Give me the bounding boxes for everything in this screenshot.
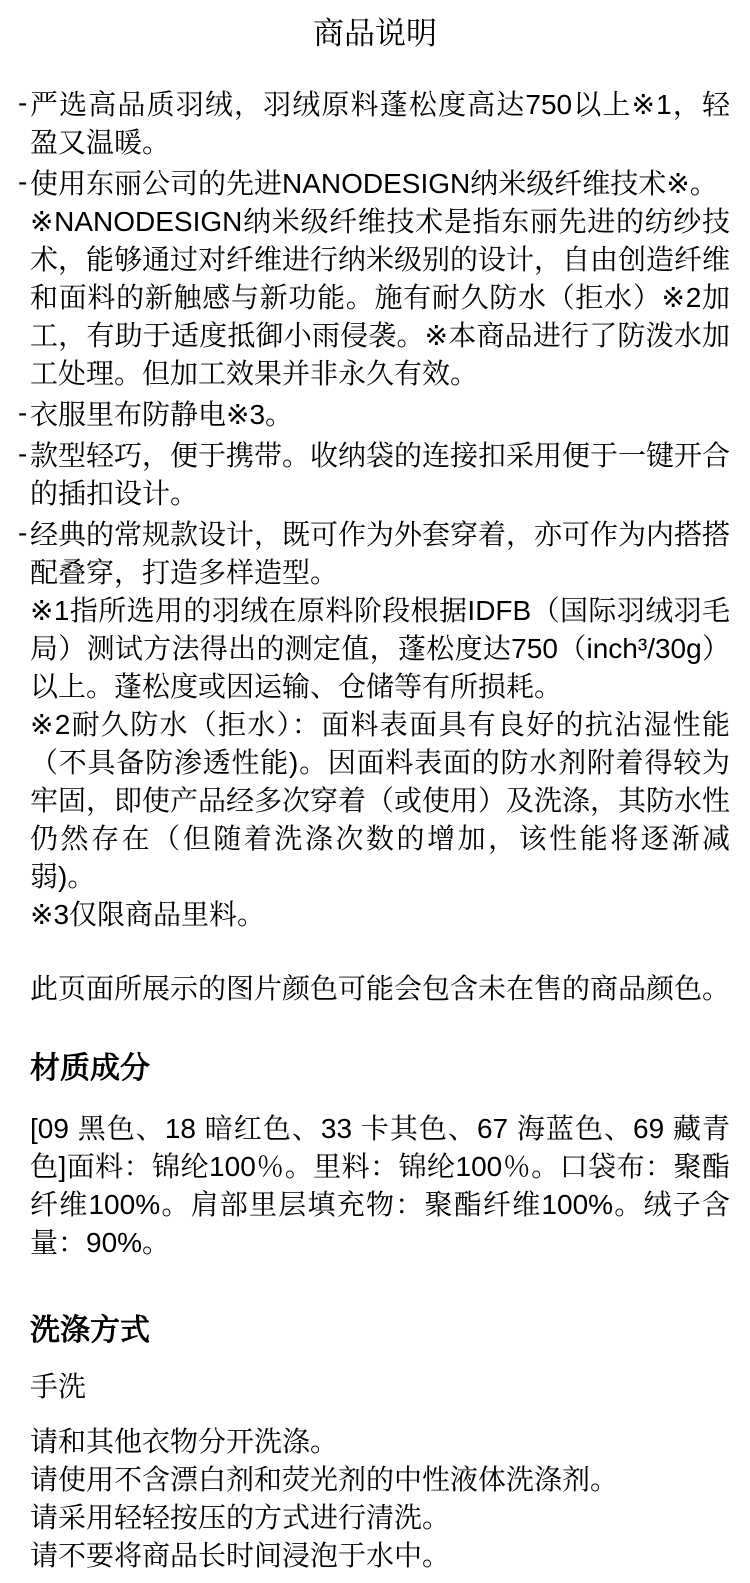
washing-instruction: 请不要将商品长时间浸泡于水中。: [30, 1537, 730, 1575]
product-description-page: 商品说明 严选高品质羽绒，羽绒原料蓬松度高达750以上※1，轻盈又温暖。使用东丽…: [0, 0, 750, 1583]
color-availability-note: 此页面所展示的图片颜色可能会包含未在售的商品颜色。: [30, 970, 730, 1008]
washing-method: 手洗: [30, 1368, 730, 1406]
page-title: 商品说明: [20, 12, 730, 56]
washing-instruction: 请使用不含漂白剂和荧光剂的中性液体洗涤剂。: [30, 1461, 730, 1499]
feature-list: 严选高品质羽绒，羽绒原料蓬松度高达750以上※1，轻盈又温暖。使用东丽公司的先进…: [30, 86, 730, 934]
washing-section-heading: 洗涤方式: [30, 1310, 730, 1352]
washing-instruction: 请和其他衣物分开洗涤。: [30, 1423, 730, 1461]
feature-item: 衣服里布防静电※3。: [30, 396, 730, 434]
washing-instruction: 请采用轻轻按压的方式进行清洗。: [30, 1499, 730, 1537]
material-section-heading: 材质成分: [30, 1048, 730, 1090]
washing-instructions: 请和其他衣物分开洗涤。请使用不含漂白剂和荧光剂的中性液体洗涤剂。请采用轻轻按压的…: [30, 1423, 730, 1575]
feature-item: 经典的常规款设计，既可作为外套穿着，亦可作为内搭搭配叠穿，打造多样造型。 ※1指…: [30, 516, 730, 934]
feature-item: 款型轻巧，便于携带。收纳袋的连接扣采用便于一键开合的插扣设计。: [30, 437, 730, 513]
feature-item: 严选高品质羽绒，羽绒原料蓬松度高达750以上※1，轻盈又温暖。: [30, 86, 730, 162]
material-composition-text: [09 黑色、18 暗红色、33 卡其色、67 海蓝色、69 藏青色]面料：锦纶…: [30, 1110, 730, 1262]
feature-item: 使用东丽公司的先进NANODESIGN纳米级纤维技术※。 ※NANODESIGN…: [30, 165, 730, 393]
